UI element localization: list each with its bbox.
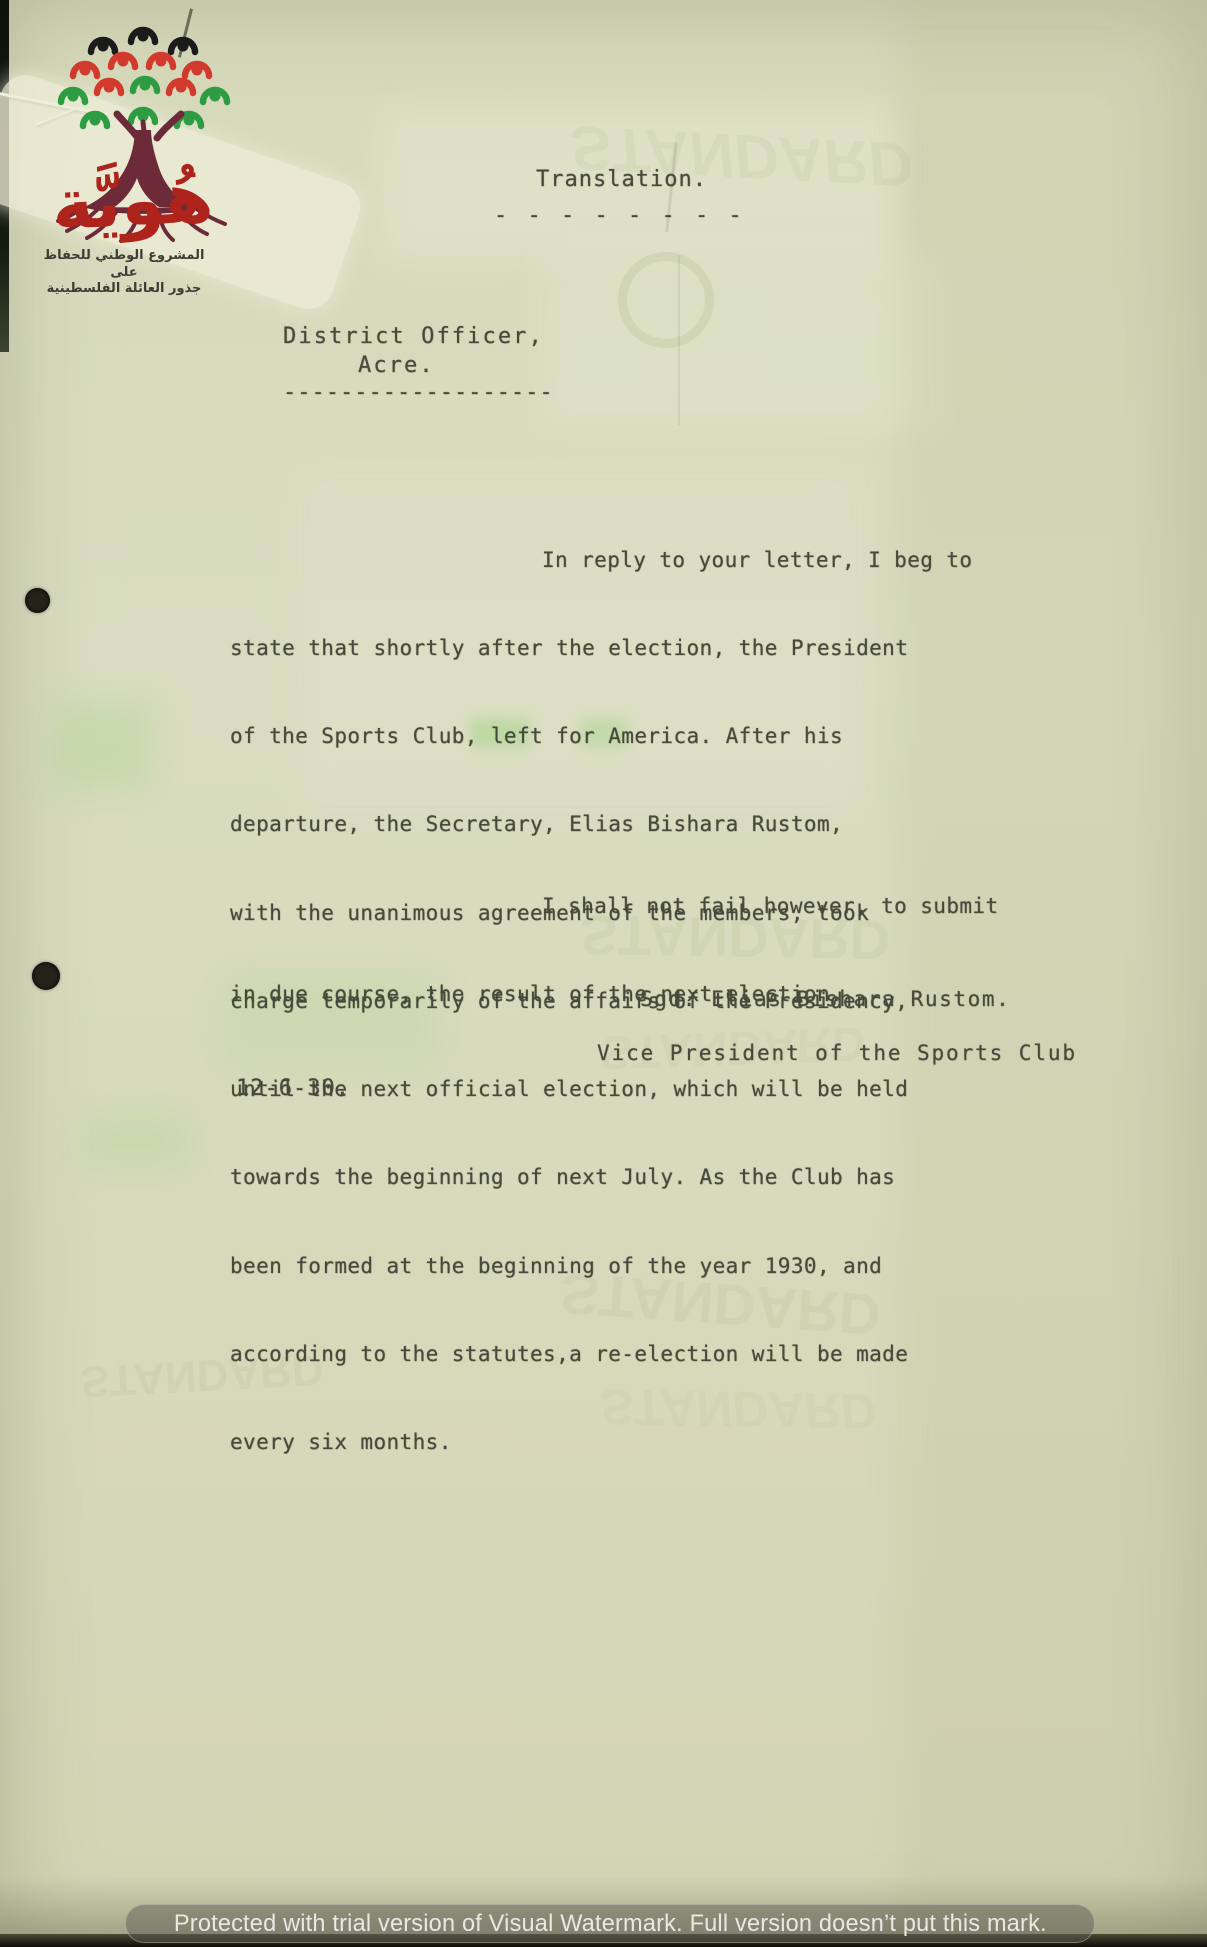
letter-body-paragraph-2: I shall not fail however, to submit in d… <box>230 833 999 1068</box>
letter-heading: Translation. <box>536 165 707 194</box>
recipient-underline: ------------------- <box>283 378 554 407</box>
letter-line: I shall not fail however, to submit <box>230 892 999 921</box>
recipient-line1: District Officer, <box>283 322 544 351</box>
signer-title: Vice President of the Sports Club <box>597 1039 1077 1068</box>
hole-punch <box>32 962 60 990</box>
watermark-text: Protected with trial version of Visual W… <box>174 1910 1047 1938</box>
logo-subtitle-line1: المشروع الوطني للحفاظ على <box>34 248 214 281</box>
green-stain <box>85 1118 185 1163</box>
fold-crease <box>678 255 680 425</box>
logo-subtitle: المشروع الوطني للحفاظ على جذور العائلة ا… <box>34 248 214 298</box>
letter-line: every six months. <box>230 1428 972 1457</box>
green-stain <box>50 705 150 790</box>
letter-date: 12-6-30. <box>236 1074 350 1103</box>
signature-line: Sgd. Elias Bishara Rustom. <box>640 985 1010 1014</box>
recipient-line2: Acre. <box>358 351 435 380</box>
logo-wordmark-arabic: هُويَّة <box>38 155 227 247</box>
letter-line: of the Sports Club, left for America. Af… <box>230 722 972 751</box>
ghost-stamp-circle <box>618 252 714 348</box>
paper-patch <box>540 250 940 430</box>
logo-subtitle-line2: جذور العائلة الفلسطينية <box>34 281 214 298</box>
letter-line: towards the beginning of next July. As t… <box>230 1163 972 1192</box>
letter-line: In reply to your letter, I beg to <box>230 546 972 575</box>
letter-line: been formed at the beginning of the year… <box>230 1252 972 1281</box>
letter-line: according to the statutes,a re-election … <box>230 1340 972 1369</box>
heading-underline: - - - - - - - - <box>494 201 745 230</box>
watermark-bar: Protected with trial version of Visual W… <box>125 1904 1095 1943</box>
scanned-letter-page: STANDARD STANDARD STANDARD STANDARD STAN… <box>0 0 1207 1947</box>
letter-line: state that shortly after the election, t… <box>230 634 972 663</box>
hole-punch <box>25 588 50 613</box>
